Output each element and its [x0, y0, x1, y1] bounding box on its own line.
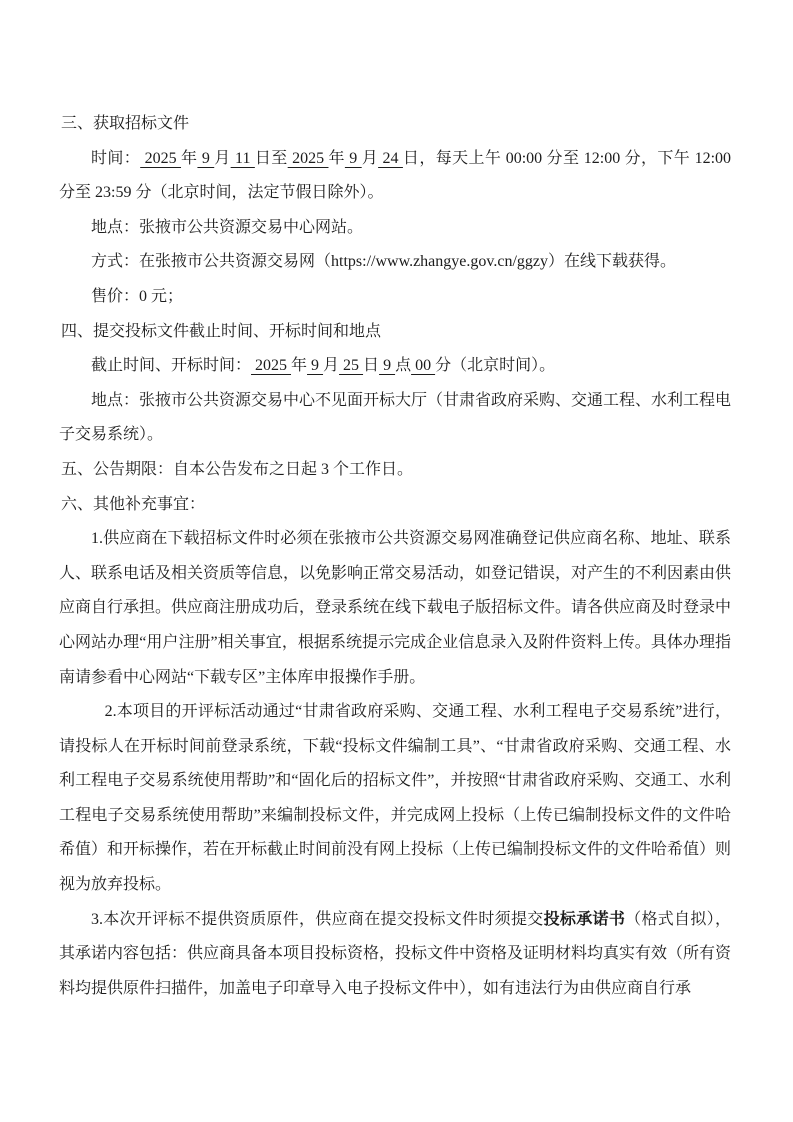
text-run: 三、获取招标文件 [61, 115, 189, 132]
blank-underline-value: 2025 [140, 150, 181, 167]
obtain-place-line: 地点：张掖市公共资源交易中心网站。 [59, 211, 731, 246]
blank-underline-value: 9 [345, 150, 362, 167]
text-run: 日至 [255, 150, 288, 167]
blank-underline-value: 9 [307, 357, 323, 374]
text-run: 年 [291, 357, 307, 374]
blank-underline-value: 2025 [288, 150, 329, 167]
supplement-item-3: 3.本次开评标不提供资质原件，供应商在提交投标文件时须提交投标承诺书（格式自拟）… [59, 903, 731, 1007]
blank-underline-value: 25 [339, 357, 363, 374]
obtain-method-line: 方式：在张掖市公共资源交易网（https://www.zhangye.gov.c… [59, 245, 731, 280]
text-run: 2.本项目的开评标活动通过“甘肃省政府采购、交通工程、水利工程电子交易系统”进行… [59, 703, 731, 893]
document-body: 三、获取招标文件时间： 2025 年 9 月 11 日至 2025 年 9 月 … [59, 107, 731, 1006]
document-page: 三、获取招标文件时间： 2025 年 9 月 11 日至 2025 年 9 月 … [0, 0, 793, 1122]
text-run: 五、公告期限：自本公告发布之日起 3 个工作日。 [61, 461, 413, 478]
text-run: 月 [362, 150, 378, 167]
text-run: 分（北京时间）。 [435, 357, 555, 374]
text-run: 时间： [91, 150, 140, 167]
section-heading-supplementary-matters: 六、其他补充事宜： [59, 488, 731, 523]
text-run: 日 [363, 357, 379, 374]
blank-underline-value: 00 [411, 357, 435, 374]
deadline-time-line: 截止时间、开标时间： 2025 年 9 月 25 日 9 点 00 分（北京时间… [59, 349, 731, 384]
section-heading-announcement-period: 五、公告期限：自本公告发布之日起 3 个工作日。 [59, 453, 731, 488]
blank-underline-value: 11 [231, 150, 255, 167]
text-run: 月 [323, 357, 339, 374]
text-run: 地点：张掖市公共资源交易中心网站。 [91, 219, 363, 236]
price-line: 售价：0 元； [59, 280, 731, 315]
section-heading-obtain-documents: 三、获取招标文件 [59, 107, 731, 142]
obtain-time-line: 时间： 2025 年 9 月 11 日至 2025 年 9 月 24 日，每天上… [59, 142, 731, 211]
blank-underline-value: 24 [378, 150, 403, 167]
supplement-item-2: 2.本项目的开评标活动通过“甘肃省政府采购、交通工程、水利工程电子交易系统”进行… [59, 695, 731, 903]
text-run: 1.供应商在下载招标文件时必须在张掖市公共资源交易网准确登记供应商名称、地址、联… [59, 530, 731, 685]
text-run: 四、提交投标文件截止时间、开标时间和地点 [61, 323, 381, 340]
blank-underline-value: 9 [197, 150, 214, 167]
text-run: 年 [328, 150, 344, 167]
bid-opening-place-line: 地点：张掖市公共资源交易中心不见面开标大厅（甘肃省政府采购、交通工程、水利工程电… [59, 384, 731, 453]
supplement-item-1: 1.供应商在下载招标文件时必须在张掖市公共资源交易网准确登记供应商名称、地址、联… [59, 522, 731, 695]
text-run: 方式：在张掖市公共资源交易网（https://www.zhangye.gov.c… [91, 253, 676, 270]
text-run: 月 [214, 150, 230, 167]
text-run: 点 [395, 357, 411, 374]
text-run: 截止时间、开标时间： [91, 357, 251, 374]
text-run: 六、其他补充事宜： [61, 496, 205, 513]
bold-text-run: 投标承诺书 [544, 911, 626, 928]
section-heading-submission-deadline: 四、提交投标文件截止时间、开标时间和地点 [59, 315, 731, 350]
text-run: 售价：0 元； [91, 288, 183, 305]
text-run: 3.本次开评标不提供资质原件，供应商在提交投标文件时须提交 [91, 911, 544, 928]
blank-underline-value: 2025 [251, 357, 291, 374]
blank-underline-value: 9 [379, 357, 395, 374]
text-run: 地点：张掖市公共资源交易中心不见面开标大厅（甘肃省政府采购、交通工程、水利工程电… [59, 392, 731, 444]
text-run: 年 [181, 150, 197, 167]
